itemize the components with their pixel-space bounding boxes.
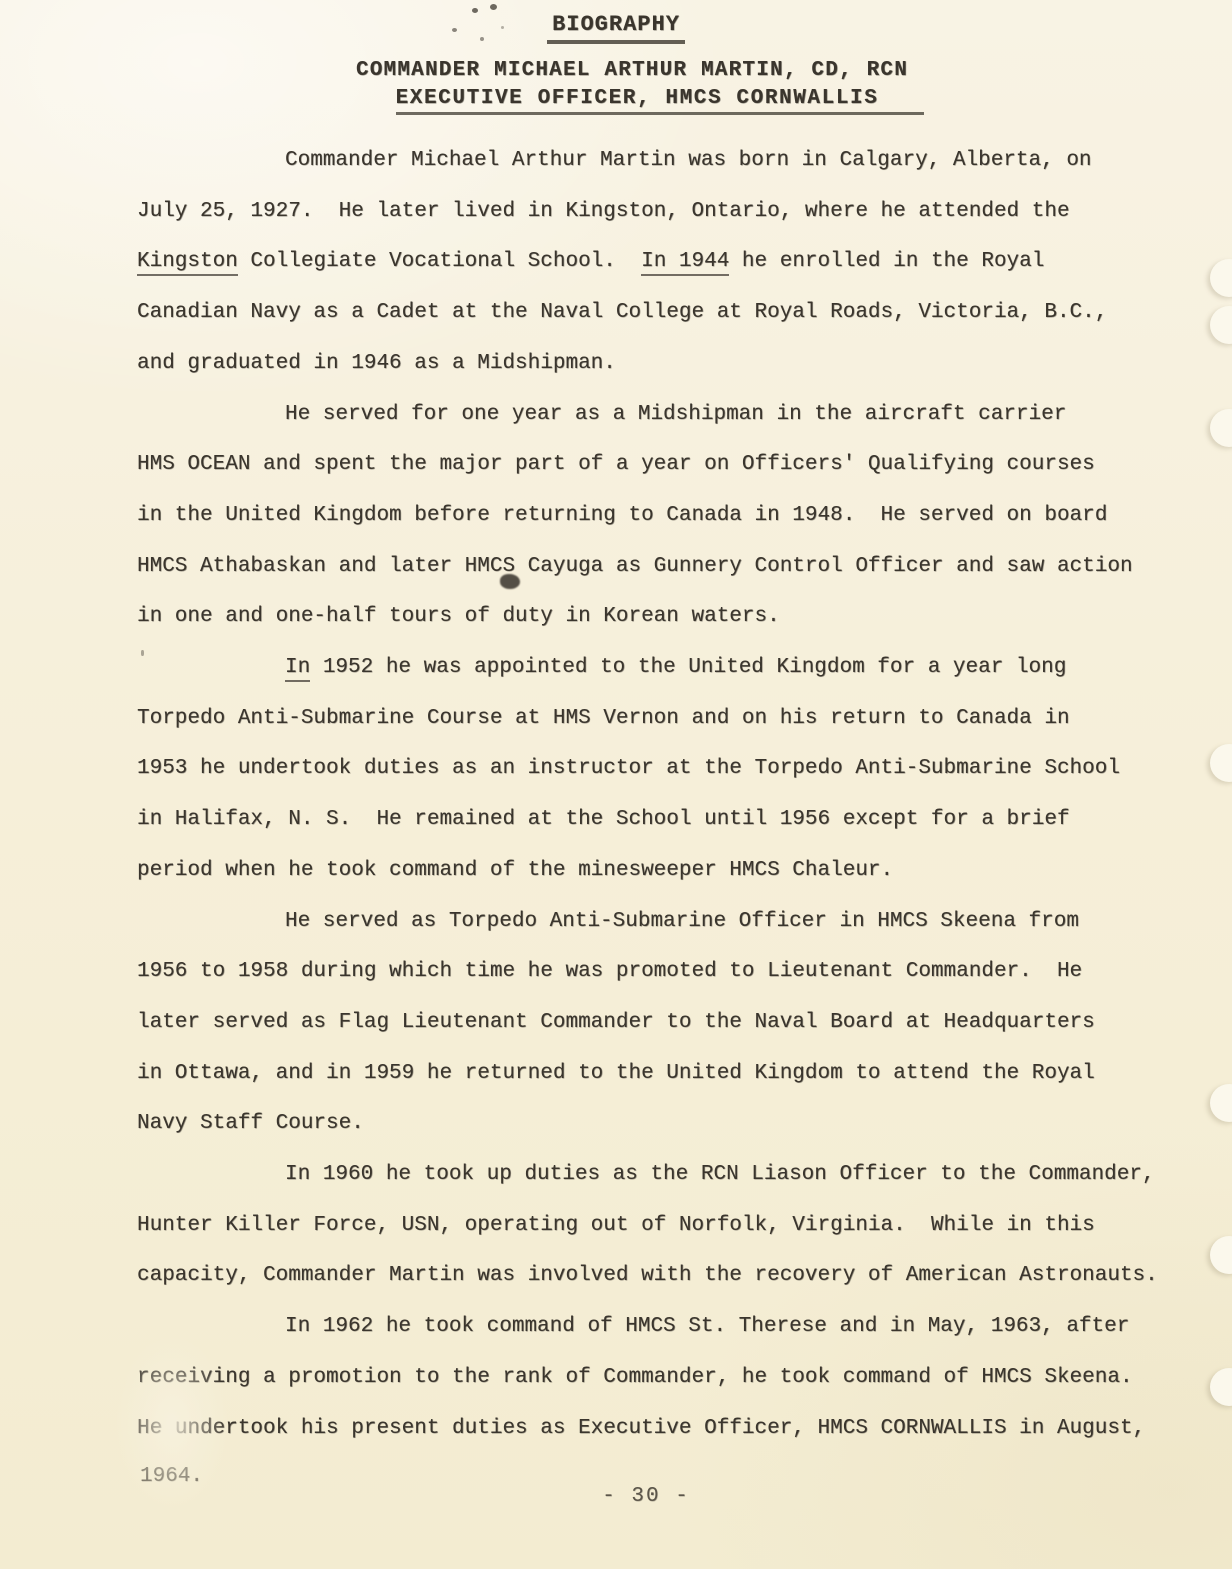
text-line: HMCS Athabaskan and later HMCS Cayuga as… (137, 542, 1187, 593)
paragraph: In 1960 he took up duties as the RCN Lia… (137, 1150, 1187, 1302)
punch-mark (1210, 306, 1232, 344)
text-line: Kingston Collegiate Vocational School. I… (137, 237, 1187, 288)
text-line: Navy Staff Course. (137, 1099, 1187, 1150)
subject-role-row: EXECUTIVE OFFICER, HMCS CORNWALLIS (21, 87, 1232, 110)
paragraph: He served for one year as a Midshipman i… (137, 390, 1187, 644)
underlined-text: In (285, 656, 310, 682)
punch-mark (1210, 409, 1232, 447)
text-line: in one and one-half tours of duty in Kor… (137, 592, 1187, 643)
text-line: Commander Michael Arthur Martin was born… (137, 136, 1187, 187)
punch-mark (1210, 744, 1232, 782)
ink-speck (141, 650, 144, 656)
subject-name: COMMANDER MICHAEL ARTHUR MARTIN, CD, RCN (356, 59, 908, 82)
text-line: 1956 to 1958 during which time he was pr… (137, 947, 1187, 998)
document-body: Commander Michael Arthur Martin was born… (137, 136, 1187, 1454)
text-line: In 1952 he was appointed to the United K… (137, 643, 1187, 694)
subject-role: EXECUTIVE OFFICER, HMCS CORNWALLIS (396, 87, 925, 115)
punch-mark (1210, 1368, 1232, 1406)
text-line: in Halifax, N. S. He remained at the Sch… (137, 795, 1187, 846)
ink-speck (472, 8, 478, 13)
subject-name-row: COMMANDER MICHAEL ARTHUR MARTIN, CD, RCN (16, 59, 1232, 82)
paragraph: In 1952 he was appointed to the United K… (137, 643, 1187, 897)
paragraph: In 1962 he took command of HMCS St. Ther… (137, 1302, 1187, 1454)
ink-smudge (500, 574, 520, 589)
text-line: Torpedo Anti-Submarine Course at HMS Ver… (137, 694, 1187, 745)
text-line: He served for one year as a Midshipman i… (137, 390, 1187, 441)
text-line: Hunter Killer Force, USN, operating out … (137, 1201, 1187, 1252)
text-line: capacity, Commander Martin was involved … (137, 1251, 1187, 1302)
end-mark: - 30 - (30, 1472, 1232, 1522)
punch-mark (1210, 1236, 1232, 1274)
text-line: In 1962 he took command of HMCS St. Ther… (137, 1302, 1187, 1353)
ink-speck (490, 4, 497, 10)
ink-speck (480, 37, 484, 41)
underlined-text: Kingston (137, 250, 238, 276)
text-line: He served as Torpedo Anti-Submarine Offi… (137, 897, 1187, 948)
punch-mark (1210, 1084, 1232, 1122)
text-line: in the United Kingdom before returning t… (137, 491, 1187, 542)
ink-speck (452, 28, 457, 32)
document-page: BIOGRAPHY COMMANDER MICHAEL ARTHUR MARTI… (0, 0, 1232, 1569)
text-line: 1953 he undertook duties as an instructo… (137, 744, 1187, 795)
text-line: He undertook his present duties as Execu… (137, 1404, 1187, 1455)
text-line: in Ottawa, and in 1959 he returned to th… (137, 1049, 1187, 1100)
underlined-text: In 1944 (641, 250, 729, 276)
ink-speck (501, 26, 504, 29)
text-line: HMS OCEAN and spent the major part of a … (137, 440, 1187, 491)
text-line: period when he took command of the mines… (137, 846, 1187, 897)
text-line: receiving a promotion to the rank of Com… (137, 1353, 1187, 1404)
text-line: July 25, 1927. He later lived in Kingsto… (137, 187, 1187, 238)
paragraph: He served as Torpedo Anti-Submarine Offi… (137, 897, 1187, 1151)
text-line: later served as Flag Lieutenant Commande… (137, 998, 1187, 1049)
text-line: In 1960 he took up duties as the RCN Lia… (137, 1150, 1187, 1201)
document-header: BIOGRAPHY (0, 12, 1232, 37)
text-line: Canadian Navy as a Cadet at the Naval Co… (137, 288, 1187, 339)
punch-mark (1210, 259, 1232, 297)
paragraph: Commander Michael Arthur Martin was born… (137, 136, 1187, 390)
page-title: BIOGRAPHY (547, 12, 685, 44)
text-line: and graduated in 1946 as a Midshipman. (137, 339, 1187, 390)
